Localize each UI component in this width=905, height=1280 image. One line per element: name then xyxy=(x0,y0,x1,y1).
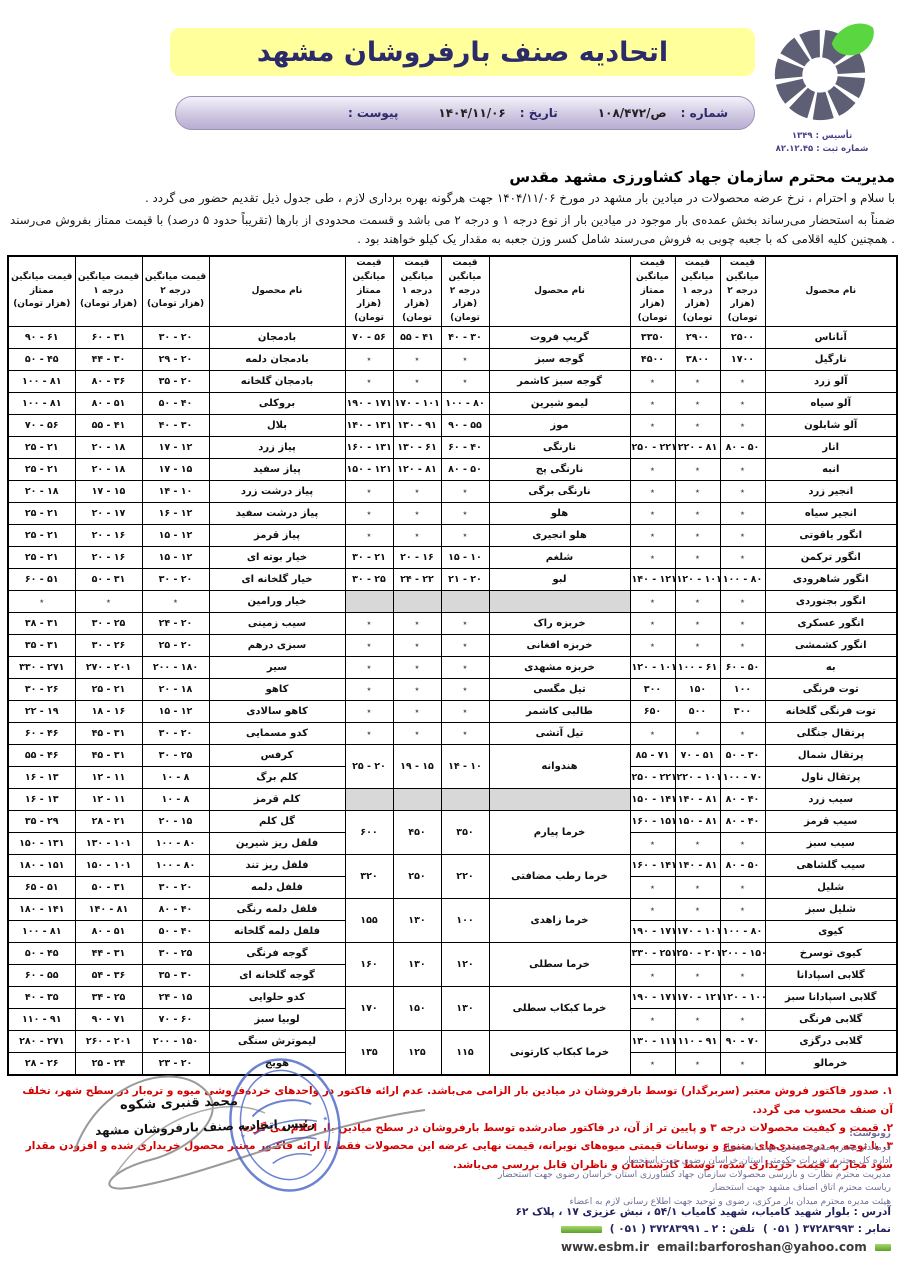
price-cell: ۱۷ - ۱۲ xyxy=(142,437,209,459)
table-row: ۵۰ - ۴۵۴۴ - ۳۰۲۹ - ۲۰بادمجان دلمه٭٭٭گوجه… xyxy=(8,349,897,371)
cc-item: فرماندار محترم مشهد مقدس جهت استحضار xyxy=(421,1142,891,1156)
price-cell: ٭ xyxy=(630,547,675,569)
price-cell: ۱۳۰ xyxy=(441,987,489,1031)
price-cell: ٭ xyxy=(675,503,720,525)
table-row: ۵۵ - ۴۶۴۵ - ۳۱۳۰ - ۲۵کرفس۲۵ - ۲۰۱۹ - ۱۵۱… xyxy=(8,745,897,767)
table-row: ۱۸۰ - ۱۵۱۱۵۰ - ۱۰۱۱۰۰ - ۸۰فلفل ریز تند۳۲… xyxy=(8,855,897,877)
product-name-cell: گلابی اسپادانا xyxy=(765,965,897,987)
price-cell: ۲۰ - ۱۸ xyxy=(75,437,142,459)
price-cell: ۱۴ - ۱۰ xyxy=(142,481,209,503)
product-name-cell: کدو مسمایی xyxy=(209,723,345,745)
price-cell: ۱۵۰ - ۱۰۱ xyxy=(75,855,142,877)
price-cell: ۷۰ - ۵۶ xyxy=(8,415,75,437)
table-row: ۲۵ - ۲۱۲۰ - ۱۸۱۷ - ۱۲پیاز زرد۱۶۰ - ۱۳۱۱۳… xyxy=(8,437,897,459)
price-cell: ۲۵۰ - ۲۲۱ xyxy=(630,767,675,789)
price-cell: ۱۷۰ - ۱۲۱ xyxy=(675,987,720,1009)
recipient-title: مدیریت محترم سازمان جهاد کشاورزی مشهد مق… xyxy=(10,168,895,186)
price-cell: ۳۰ - ۲۱ xyxy=(345,547,393,569)
date-value: ۱۴۰۴/۱۱/۰۶ xyxy=(438,106,505,120)
price-cell: ۵۵ - ۴۱ xyxy=(75,415,142,437)
price-cell: ۵۰ - ۳۰ xyxy=(720,745,765,767)
price-cell: ۶۰ - ۴۶ xyxy=(8,723,75,745)
price-cell: ٭ xyxy=(441,371,489,393)
product-name-cell: خرما زاهدی xyxy=(489,899,630,943)
product-name-cell: خرما کبکاب کارتونی xyxy=(489,1031,630,1076)
product-name-cell: کلم برگ xyxy=(209,767,345,789)
price-cell: ٭ xyxy=(393,481,441,503)
price-cell: ٭ xyxy=(345,503,393,525)
price-cell: ۵۰ - ۴۰ xyxy=(142,921,209,943)
price-cell: ۴۴ - ۳۱ xyxy=(75,943,142,965)
price-cell: ۲۲۰ - ۱۰۱ xyxy=(675,767,720,789)
price-cell: ٭ xyxy=(720,481,765,503)
contact-block: آدرس : بلوار شهید کامیاب، شهید کامیاب ۵۴… xyxy=(561,1206,891,1259)
product-name-cell: بروکلی xyxy=(209,393,345,415)
price-cell: ۱۳۰ xyxy=(393,943,441,987)
price-cell: ۱۵۰ - ۱۲۱ xyxy=(345,459,393,481)
price-cell: ۳۰۰ xyxy=(630,679,675,701)
price-cell: ۱۰۰ - ۷۰ xyxy=(720,767,765,789)
product-name-cell: انار xyxy=(765,437,897,459)
product-name-cell: سیب گلشاهی xyxy=(765,855,897,877)
price-cell: ٭ xyxy=(441,635,489,657)
price-cell: ۲۰ - ۱۶ xyxy=(75,547,142,569)
price-cell: ۸۰ - ۵۰ xyxy=(441,459,489,481)
price-cell: ۹۰ - ۵۵ xyxy=(441,415,489,437)
price-cell: ۱۰۰ xyxy=(720,679,765,701)
price-cell: ۱۵ - ۱۲ xyxy=(142,547,209,569)
product-name-cell: تیل آتشی xyxy=(489,723,630,745)
price-cell: ٭ xyxy=(393,657,441,679)
product-name-cell: پرتقال ناول xyxy=(765,767,897,789)
product-column-header: نام محصول xyxy=(765,256,897,327)
product-name-cell: فلفل دلمه xyxy=(209,877,345,899)
price-cell: ٭ xyxy=(720,503,765,525)
product-name-cell: موز xyxy=(489,415,630,437)
product-name-cell: شلیل سبز xyxy=(765,899,897,921)
price-cell: ٭ xyxy=(720,371,765,393)
cc-item: ریاست محترم اتاق اصناف مشهد جهت استحضار xyxy=(421,1182,891,1196)
price-cell: ۲۵ - ۲۱ xyxy=(75,679,142,701)
price-cell: ۱۱۰ - ۹۱ xyxy=(675,1031,720,1053)
price-cell: ۲۲۰ - ۸۱ xyxy=(675,437,720,459)
price-cell: ۱۷۰ xyxy=(345,987,393,1031)
product-name-cell: نارنگی xyxy=(489,437,630,459)
price-cell: ٭ xyxy=(393,371,441,393)
price-cell: ٭ xyxy=(720,459,765,481)
price-cell: ۱۶ - ۱۲ xyxy=(142,503,209,525)
product-name-cell: سیر xyxy=(209,657,345,679)
price-cell: ۱۵۰ - ۱۴۱ xyxy=(630,789,675,811)
price-cell: ۲۰ - ۱۵ xyxy=(142,811,209,833)
product-name-cell: نارگیل xyxy=(765,349,897,371)
product-name-cell: سبزی درهم xyxy=(209,635,345,657)
price-cell: ۴۴ - ۳۰ xyxy=(75,349,142,371)
price-cell: ٭ xyxy=(675,965,720,987)
number-label: شماره : xyxy=(681,106,728,120)
union-title: اتحادیه صنف بارفروشان مشهد xyxy=(257,37,668,68)
price-cell: ۹۰ - ۷۱ xyxy=(75,1009,142,1031)
price-cell: ٭ xyxy=(720,635,765,657)
price-cell: ۱۱۵ xyxy=(441,1031,489,1076)
price-cell: ٭ xyxy=(441,613,489,635)
table-row: ۴۰ - ۳۵۳۴ - ۲۵۲۴ - ۱۵کدو حلوایی۱۷۰۱۵۰۱۳۰… xyxy=(8,987,897,1009)
cc-item: مدیریت محترم نظارت و بازرسی محصولات سازم… xyxy=(421,1169,891,1183)
price-cell: ۱۰۰ - ۸۱ xyxy=(8,921,75,943)
price-cell: ٭ xyxy=(8,591,75,613)
union-title-banner: اتحادیه صنف بارفروشان مشهد xyxy=(170,28,755,76)
product-name-cell: لیمو شیرین xyxy=(489,393,630,415)
price-cell: ۴۵ - ۳۱ xyxy=(75,745,142,767)
product-name-cell: هلو انجیری xyxy=(489,525,630,547)
price-cell: ۳۸۰۰ xyxy=(675,349,720,371)
price-cell: ٭ xyxy=(630,723,675,745)
price-column-header: قیمت میانگیندرجه ۲(هزار تومان) xyxy=(441,256,489,327)
price-cell: ٭ xyxy=(630,525,675,547)
price-cell: ٭ xyxy=(345,723,393,745)
product-name-cell: خرما رطب مضافتی xyxy=(489,855,630,899)
price-cell: ۲۰ - ۱۸ xyxy=(142,679,209,701)
product-name-cell: آناناس xyxy=(765,327,897,349)
price-cell: ٭ xyxy=(675,459,720,481)
price-cell: ۲۰ - ۱۸ xyxy=(8,481,75,503)
price-cell: ۱۹ - ۱۵ xyxy=(393,745,441,789)
phone-line: تلفن : ۲ ـ ۳۷۲۸۳۹۹۱ ( ۰۵۱ ) نمابر : ۳۷۲۸… xyxy=(561,1223,891,1235)
price-cell: ۶۰ - ۴۰ xyxy=(441,437,489,459)
price-cell: ۹۰ - ۷۰ xyxy=(720,1031,765,1053)
price-cell: ۷۰ - ۵۱ xyxy=(675,745,720,767)
table-row: ۳۳۰ - ۲۷۱۲۷۰ - ۲۰۱۲۰۰ - ۱۸۰سیر٭٭٭خربزه م… xyxy=(8,657,897,679)
product-name-cell: توت فرنگی xyxy=(765,679,897,701)
price-cell: ۲۵ - ۲۱ xyxy=(8,503,75,525)
product-name-cell: پیاز قرمز xyxy=(209,525,345,547)
price-cell: ٭ xyxy=(720,393,765,415)
price-cell: ۳۰ - ۲۵ xyxy=(75,613,142,635)
price-cell: ۵۰ - ۳۱ xyxy=(75,877,142,899)
product-name-cell: خیار بوته ای xyxy=(209,547,345,569)
price-cell: ٭ xyxy=(630,833,675,855)
product-name-cell: پیاز درشت سفید xyxy=(209,503,345,525)
number-value: ۱۰۸/ص/۴۷۲ xyxy=(598,106,667,120)
table-row: ۲۵ - ۲۱۲۰ - ۱۶۱۵ - ۱۲خیار بوته ای۳۰ - ۲۱… xyxy=(8,547,897,569)
table-row: ۲۸۰ - ۲۷۱۲۶۰ - ۲۰۱۲۰۰ - ۱۵۰لیموترش سنگی۱… xyxy=(8,1031,897,1053)
price-cell: ٭ xyxy=(720,415,765,437)
price-cell: ٭ xyxy=(630,613,675,635)
price-cell: ٭ xyxy=(630,415,675,437)
price-cell: ٭ xyxy=(720,1009,765,1031)
price-cell: ۶۰ - ۵۰ xyxy=(720,657,765,679)
product-name-cell: خیار ورامین xyxy=(209,591,345,613)
price-cell: ۸۵ - ۷۱ xyxy=(630,745,675,767)
price-cell: ٭ xyxy=(720,591,765,613)
table-row: ۳۸ - ۳۱۳۰ - ۲۵۲۴ - ۲۰سیب زمینی٭٭٭خربزه ر… xyxy=(8,613,897,635)
price-cell: ۲۰۰ - ۱۵۰ xyxy=(720,943,765,965)
product-name-cell: انگور بجنوردی xyxy=(765,591,897,613)
product-name-cell: بادمجان دلمه xyxy=(209,349,345,371)
price-cell: ۱۸ - ۱۶ xyxy=(75,701,142,723)
price-cell: ۵۴ - ۳۶ xyxy=(75,965,142,987)
price-cell: ٭ xyxy=(345,613,393,635)
price-cell: ۱۹۰ - ۱۷۱ xyxy=(345,393,393,415)
price-cell: ۱۶۰ - ۱۵۱ xyxy=(630,811,675,833)
price-cell: ۱۷۰ - ۱۰۱ xyxy=(675,921,720,943)
shaded-cell xyxy=(345,591,393,613)
price-cell: ۱۲۰ - ۱۰۰ xyxy=(720,987,765,1009)
cc-list: رونوشت:فرماندار محترم مشهد مقدس جهت استح… xyxy=(421,1128,891,1209)
price-cell: ۸۰ - ۵۱ xyxy=(75,921,142,943)
price-cell: ۳۳۰ - ۲۵۱ xyxy=(630,943,675,965)
price-cell: ٭ xyxy=(720,613,765,635)
price-cell: ٭ xyxy=(675,547,720,569)
price-cell: ۱۰۰ - ۸۱ xyxy=(8,393,75,415)
price-cell: ۳۵ - ۲۹ xyxy=(8,811,75,833)
price-cell: ٭ xyxy=(720,877,765,899)
price-cell: ٭ xyxy=(441,701,489,723)
table-row: ۳۰ - ۲۶۲۵ - ۲۱۲۰ - ۱۸کاهو٭٭٭تیل مگسی۳۰۰۱… xyxy=(8,679,897,701)
product-name-cell: آلو زرد xyxy=(765,371,897,393)
price-cell: ۸۰ - ۴۰ xyxy=(720,811,765,833)
price-cell: ۱۳۰ - ۱۰۱ xyxy=(75,833,142,855)
table-row: ۹۰ - ۶۱۶۰ - ۳۱۳۰ - ۲۰بادمجان۷۰ - ۵۶۵۵ - … xyxy=(8,327,897,349)
price-cell: ۴۰ - ۳۵ xyxy=(8,987,75,1009)
price-cell: ٭ xyxy=(441,481,489,503)
product-name-cell: گوجه سبز کاشمر xyxy=(489,371,630,393)
product-name-cell: خرما پیارم xyxy=(489,811,630,855)
price-cell: ٭ xyxy=(441,525,489,547)
price-cell: ٭ xyxy=(675,899,720,921)
price-cell: ۳۰ - ۲۵ xyxy=(142,943,209,965)
price-cell: ۲۸۰ - ۲۷۱ xyxy=(8,1031,75,1053)
product-name-cell: خرما کبکاب سطلی xyxy=(489,987,630,1031)
price-cell: ۱۲ - ۱۱ xyxy=(75,767,142,789)
price-cell: ٭ xyxy=(393,613,441,635)
price-cell: ۵۰ - ۴۰ xyxy=(142,393,209,415)
price-cell: ۲۵ - ۲۰ xyxy=(142,635,209,657)
price-cell: ۵۵ - ۴۶ xyxy=(8,745,75,767)
price-cell: ۲۴ - ۲۰ xyxy=(142,613,209,635)
product-name-cell: طالبی کاشمر xyxy=(489,701,630,723)
price-cell: ۲۵۰ - ۲۲۱ xyxy=(630,437,675,459)
product-name-cell: کاهو xyxy=(209,679,345,701)
web-line: www.esbm.ir email:barforoshan@yahoo.com xyxy=(561,1240,891,1254)
product-name-cell: شلغم xyxy=(489,547,630,569)
cc-label: رونوشت: xyxy=(421,1128,891,1142)
product-name-cell: بادمجان xyxy=(209,327,345,349)
union-logo-block: تأسیس : ۱۳۴۹ شماره ثبت : ۸۲.۱۲.۴۵ xyxy=(757,14,887,156)
price-cell: ۱۰ - ۸ xyxy=(142,789,209,811)
price-cell: ۱۰۰ - ۸۰ xyxy=(142,833,209,855)
price-cell: ٭ xyxy=(441,723,489,745)
price-cell: ٭ xyxy=(630,393,675,415)
price-cell: ۱۶۰ xyxy=(345,943,393,987)
product-name-cell: خربزه راک xyxy=(489,613,630,635)
price-cell: ۱۵ - ۱۰ xyxy=(441,547,489,569)
product-name-cell: آلو سیاه xyxy=(765,393,897,415)
price-cell: ۱۷ - ۱۵ xyxy=(142,459,209,481)
price-cell: ٭ xyxy=(142,591,209,613)
product-name-cell: فلفل ریز تند xyxy=(209,855,345,877)
website-text[interactable]: www.esbm.ir xyxy=(561,1240,649,1254)
price-cell: ٭ xyxy=(675,613,720,635)
price-cell: ۲۵۰۰ xyxy=(720,327,765,349)
price-cell: ٭ xyxy=(345,349,393,371)
shaded-cell xyxy=(489,789,630,811)
price-cell: ٭ xyxy=(675,525,720,547)
price-cell: ۴۰ - ۳۰ xyxy=(142,415,209,437)
letterhead: اتحادیه صنف بارفروشان مشهد شماره : ۱۰۸/ص… xyxy=(0,0,905,168)
price-cell: ٭ xyxy=(393,525,441,547)
product-name-cell: بلال xyxy=(209,415,345,437)
price-cell: ۱۰ - ۸ xyxy=(142,767,209,789)
price-cell: ٭ xyxy=(393,349,441,371)
product-name-cell: گوجه سبز xyxy=(489,349,630,371)
price-cell: ۱۲۰ - ۸۱ xyxy=(393,459,441,481)
product-name-cell: توت فرنگی گلخانه xyxy=(765,701,897,723)
price-cell: ۲۱ - ۲۰ xyxy=(441,569,489,591)
price-cell: ٭ xyxy=(720,723,765,745)
price-cell: ۱۳۰ - ۱۱۱ xyxy=(630,1031,675,1053)
price-cell: ۱۵۰ xyxy=(675,679,720,701)
price-cell: ٭ xyxy=(345,481,393,503)
price-cell: ٭ xyxy=(630,371,675,393)
price-cell: ۱۰۰ - ۸۰ xyxy=(720,921,765,943)
price-cell: ۸۰ - ۴۰ xyxy=(142,899,209,921)
price-cell: ٭ xyxy=(675,833,720,855)
product-name-cell: پرتقال جنگلی xyxy=(765,723,897,745)
price-cell: ۱۵۰ xyxy=(393,987,441,1031)
price-cell: ۳۵ - ۳۰ xyxy=(142,965,209,987)
price-cell: ٭ xyxy=(441,349,489,371)
price-cell: ٭ xyxy=(720,899,765,921)
price-cell: ٭ xyxy=(630,635,675,657)
price-cell: ۲۲۰ xyxy=(441,855,489,899)
price-cell: ۴۵۰ xyxy=(393,811,441,855)
product-name-cell: خربزه افغانی xyxy=(489,635,630,657)
price-cell: ٭ xyxy=(393,701,441,723)
product-name-cell: کاهو سالادی xyxy=(209,701,345,723)
table-row: ۷۰ - ۵۶۵۵ - ۴۱۴۰ - ۳۰بلال۱۴۰ - ۱۳۱۱۳۰ - … xyxy=(8,415,897,437)
table-row: ۵۰ - ۴۵۴۴ - ۳۱۳۰ - ۲۵گوجه فرنگی۱۶۰۱۳۰۱۲۰… xyxy=(8,943,897,965)
price-cell: ٭ xyxy=(675,1009,720,1031)
product-name-cell: سیب قرمز xyxy=(765,811,897,833)
price-cell: ۱۳۰ - ۹۱ xyxy=(393,415,441,437)
reference-strip: شماره : ۱۰۸/ص/۴۷۲ تاریخ : ۱۴۰۴/۱۱/۰۶ پیو… xyxy=(175,96,755,130)
price-cell: ۴۵ - ۳۱ xyxy=(75,723,142,745)
product-name-cell: پیاز زرد xyxy=(209,437,345,459)
price-column-header: قیمت میانگیندرجه ۲(هزار تومان) xyxy=(720,256,765,327)
price-cell: ۲۰ - ۱۷ xyxy=(75,503,142,525)
price-cell: ۳۲۰ xyxy=(345,855,393,899)
email-text[interactable]: email:barforoshan@yahoo.com xyxy=(657,1240,867,1254)
price-cell: ۲۵ - ۲۱ xyxy=(8,525,75,547)
price-cell: ۶۰۰ xyxy=(345,811,393,855)
product-name-cell: فلفل دلمه گلخانه xyxy=(209,921,345,943)
product-name-cell: پرتقال شمال xyxy=(765,745,897,767)
shaded-cell xyxy=(393,789,441,811)
price-cell: ۶۵ - ۵۱ xyxy=(8,877,75,899)
price-cell: ۵۵ - ۴۱ xyxy=(393,327,441,349)
product-column-header: نام محصول xyxy=(489,256,630,327)
price-cell: ۲۵ - ۲۱ xyxy=(8,437,75,459)
shaded-cell xyxy=(393,591,441,613)
price-cell: ۲۵ - ۲۰ xyxy=(345,745,393,789)
price-cell: ٭ xyxy=(345,525,393,547)
price-cell: ۱۷ - ۱۵ xyxy=(75,481,142,503)
letter-body: مدیریت محترم سازمان جهاد کشاورزی مشهد مق… xyxy=(10,168,895,249)
green-bar-icon xyxy=(875,1244,891,1251)
price-cell: ۳۰۰ xyxy=(720,701,765,723)
price-cell: ۱۶۰ - ۱۴۱ xyxy=(630,855,675,877)
table-header-row: قیمت میانگینممتاز(هزار تومان)قیمت میانگی… xyxy=(8,256,897,327)
price-cell: ۸۰ - ۴۰ xyxy=(720,789,765,811)
price-column-header: قیمت میانگیندرجه ۱(هزار تومان) xyxy=(393,256,441,327)
price-cell: ٭ xyxy=(393,503,441,525)
price-cell: ۳۰ - ۲۰ xyxy=(142,569,209,591)
price-cell: ٭ xyxy=(630,877,675,899)
fax-text: نمابر : ۳۷۲۸۳۹۹۳ ( ۰۵۱ ) xyxy=(763,1223,891,1235)
price-cell: ۱۴۰ - ۱۳۱ xyxy=(345,415,393,437)
price-cell: ٭ xyxy=(675,1053,720,1076)
product-name-cell: هندوانه xyxy=(489,745,630,789)
price-cell: ۱۲۰ - ۱۰۱ xyxy=(630,657,675,679)
price-cell: ۱۰۰ - ۶۱ xyxy=(675,657,720,679)
price-cell: ۳۵ - ۲۰ xyxy=(142,371,209,393)
price-cell: ۱۴ - ۱۰ xyxy=(441,745,489,789)
product-name-cell: انگور ترکمن xyxy=(765,547,897,569)
price-cell: ۱۴۰ - ۸۱ xyxy=(75,899,142,921)
price-cell: ۱۱۰ - ۹۱ xyxy=(8,1009,75,1031)
green-bar-icon xyxy=(561,1226,602,1233)
table-row: ۲۵ - ۲۱۲۰ - ۱۶۱۵ - ۱۲پیاز قرمز٭٭٭هلو انج… xyxy=(8,525,897,547)
product-name-cell: تیل مگسی xyxy=(489,679,630,701)
table-row: ٭٭٭خیار ورامین٭٭٭انگور بجنوردی xyxy=(8,591,897,613)
price-cell: ۲۵۰ xyxy=(393,855,441,899)
product-name-cell: فلفل ریز شیرین xyxy=(209,833,345,855)
price-cell: ۶۵۰ xyxy=(630,701,675,723)
price-cell: ٭ xyxy=(75,591,142,613)
price-cell: ۲۶۰ - ۲۰۱ xyxy=(75,1031,142,1053)
price-cell: ۳۴ - ۲۵ xyxy=(75,987,142,1009)
price-cell: ۲۰۰ - ۱۵۰ xyxy=(142,1031,209,1053)
price-cell: ۱۲۰ - ۱۰۱ xyxy=(675,569,720,591)
shaded-cell xyxy=(345,789,393,811)
table-row: ۶۰ - ۴۶۴۵ - ۳۱۳۰ - ۲۰کدو مسمایی٭٭٭تیل آت… xyxy=(8,723,897,745)
product-name-cell: سیب زرد xyxy=(765,789,897,811)
price-cell: ۱۹۰ - ۱۷۱ xyxy=(630,921,675,943)
union-logo-icon xyxy=(763,14,881,126)
attachment-label: پیوست : xyxy=(348,106,398,120)
product-name-cell: گل کلم xyxy=(209,811,345,833)
table-row: ۳۵ - ۲۹۲۸ - ۲۱۲۰ - ۱۵گل کلم۶۰۰۴۵۰۳۵۰خرما… xyxy=(8,811,897,833)
product-name-cell: خربزه مشهدی xyxy=(489,657,630,679)
product-name-cell: سیب سبز xyxy=(765,833,897,855)
price-cell: ٭ xyxy=(675,415,720,437)
table-row: ۳۵ - ۳۱۳۰ - ۲۶۲۵ - ۲۰سبزی درهم٭٭٭خربزه ا… xyxy=(8,635,897,657)
price-cell: ٭ xyxy=(720,833,765,855)
price-cell: ۳۸ - ۳۱ xyxy=(8,613,75,635)
price-cell: ٭ xyxy=(675,877,720,899)
table-row: ۲۵ - ۲۱۲۰ - ۱۸۱۷ - ۱۵پیاز سفید۱۵۰ - ۱۲۱۱… xyxy=(8,459,897,481)
table-row: ۶۰ - ۵۱۵۰ - ۳۱۳۰ - ۲۰خیار گلخانه ای۳۰ - … xyxy=(8,569,897,591)
product-name-cell: گلابی اسپادانا سبز xyxy=(765,987,897,1009)
product-name-cell: انگور یاقوتی xyxy=(765,525,897,547)
price-cell: ۱۷۰۰ xyxy=(720,349,765,371)
price-cell: ۳۰ - ۲۰ xyxy=(142,327,209,349)
price-cell: ٭ xyxy=(675,371,720,393)
table-row: ۲۵ - ۲۱۲۰ - ۱۷۱۶ - ۱۲پیاز درشت سفید٭٭٭هل… xyxy=(8,503,897,525)
price-cell: ٭ xyxy=(675,591,720,613)
price-cell: ۲۰ - ۱۶ xyxy=(393,547,441,569)
